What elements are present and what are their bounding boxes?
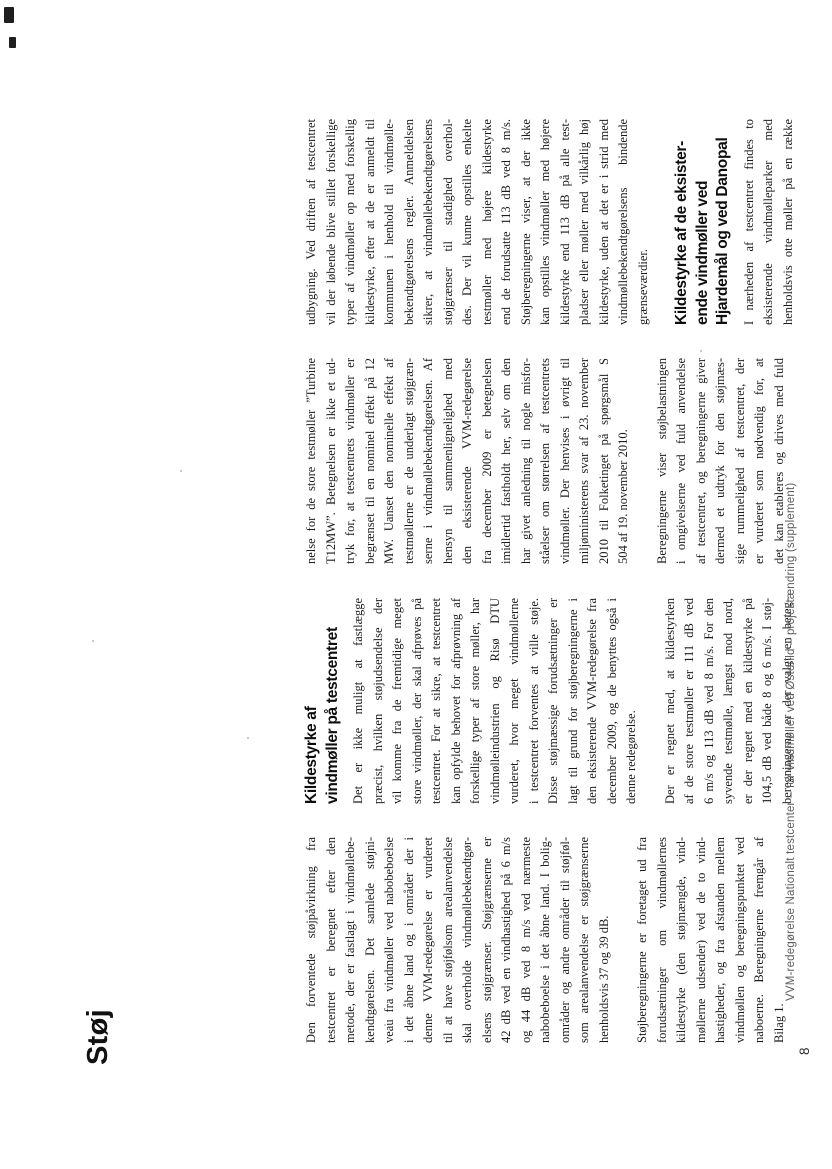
text-line: december 2009, og de benyttes også i xyxy=(603,598,623,804)
text-line: vil komme fra de fremtidige meget xyxy=(388,598,408,804)
text-line: Kildestyrke af xyxy=(302,598,323,804)
text-line: Kildestyrke af de eksister- xyxy=(672,119,693,325)
text-line: udbygning. Ved driften af testcentret xyxy=(302,119,322,325)
text-line: testmøller med højere kildestyrke xyxy=(478,119,498,325)
text-line: Disse støjmæssige forudsætninger er xyxy=(544,598,564,804)
text-line: pladser eller møller med vilkårlig høj xyxy=(575,119,595,325)
text-line: begrænset til en nominel effekt på 12 xyxy=(361,358,381,564)
text-line: sige rummelighed af testcentret, der xyxy=(731,358,751,564)
text-column-1: Den forventede støjpåvirkning fratestcen… xyxy=(302,837,808,1043)
text-line: nabobeboelse i det åbne land. I bolig- xyxy=(536,837,556,1043)
scan-speck xyxy=(92,640,94,642)
text-line: lagt til grund for støjberegningerne i xyxy=(564,598,584,804)
text-line: Der er regnet med, at kildestyrken xyxy=(661,598,681,804)
text-line: testcentret. For at sikre, at testcentre… xyxy=(427,598,447,804)
scan-registration-mark xyxy=(9,37,16,48)
scan-speck xyxy=(247,737,249,739)
text-line: T12MW”. Betegnelsen er ikke et ud- xyxy=(322,358,342,564)
text-line: i omgivelserne ved fuld anvendelse xyxy=(672,358,692,564)
text-line: henholdsvis 37 og 39 dB. xyxy=(595,837,615,1043)
text-line: vindmøller. Der henvises i øvrigt til xyxy=(556,358,576,564)
text-line: skal overholde vindmøllebekendtgør- xyxy=(458,837,478,1043)
text-column-2: Kildestyrke afvindmøller på testcentretD… xyxy=(302,598,816,804)
paragraph: Støjberegningerne er foretaget ud frafor… xyxy=(633,837,789,1043)
text-line: serne i vindmøllebekendtgørelsen. Af xyxy=(419,358,439,564)
text-line: 504 af 19. november 2010. xyxy=(614,358,634,564)
text-line: eksisterende vindmølleparker med xyxy=(759,119,779,325)
text-line: den eksisterende VVM-redegørelse fra xyxy=(583,598,603,804)
text-line: den eksisterende VVM-redegørelse xyxy=(458,358,478,564)
text-line: testmøllerne er de underlagt støjgræn- xyxy=(400,358,420,564)
text-column-3: nelse for de store testmøller ”TurbineT1… xyxy=(302,358,808,564)
text-line: vurderet, hvor meget vindmøllerne xyxy=(505,598,525,804)
text-line: Det er ikke muligt at fastlægge xyxy=(349,598,369,804)
text-line: metode, der er fastlagt i vindmøllebe- xyxy=(341,837,361,1043)
text-line: kommunen i henhold til vindmølle- xyxy=(380,119,400,325)
text-line: kildestyrke, efter at de er anmeldt til xyxy=(361,119,381,325)
text-line: typer af vindmøller op med forskellig xyxy=(341,119,361,325)
text-line: og 44 dB ved 8 m/s ved nærmeste xyxy=(517,837,537,1043)
text-line: kildestyrke end 113 dB på alle test- xyxy=(556,119,576,325)
text-line: præcist, hvilken støjudsendelse der xyxy=(369,598,389,804)
text-line: vil der løbende blive stillet forskellig… xyxy=(322,119,342,325)
text-line: 6 m/s og 113 dB ved 8 m/s. For den xyxy=(700,598,720,804)
paragraph: I nærheden af testcentret findes toeksis… xyxy=(740,119,799,325)
text-line: bekendtgørelsens regler. Anmeldelsen xyxy=(400,119,420,325)
text-line: vindmøller på testcentret xyxy=(323,598,344,804)
text-line: er vurderet som nødvendig for, at xyxy=(750,358,770,564)
paragraph: udbygning. Ved driften af testcentretvil… xyxy=(302,119,653,325)
paragraph: Beregningerne viser støjbelastningeni om… xyxy=(653,358,790,564)
text-line: vindmøllen og beregningspunktet ved xyxy=(731,837,751,1043)
text-line: i det åbne land og i områder der i xyxy=(400,837,420,1043)
text-line: grænseværdier. xyxy=(634,119,654,325)
text-line: sikrer, at vindmøllebekendtgørelsens xyxy=(419,119,439,325)
text-line: 2010 til Folketinget på spørgsmål S xyxy=(595,358,615,564)
text-line: veau fra vindmøller ved nabobeboelse xyxy=(380,837,400,1043)
text-line: af testcentret, og beregningerne giver xyxy=(692,358,712,564)
page-title: Støj xyxy=(82,1009,115,1065)
text-line: kildestyrke, uden at det er i strid med xyxy=(595,119,615,325)
text-line: Beregningerne viser støjbelastningen xyxy=(653,358,673,564)
text-line: i testcentret forventes at ville støje. xyxy=(525,598,545,804)
paragraph: nelse for de store testmøller ”TurbineT1… xyxy=(302,358,634,564)
text-column-4: udbygning. Ved driften af testcentretvil… xyxy=(302,119,817,325)
text-line: testcentret er beregnet efter den xyxy=(322,837,342,1043)
text-line: forudsætninger om vindmøllernes xyxy=(653,837,673,1043)
text-line: henholdsvis otte møller på en række xyxy=(779,119,799,325)
text-line: naboerne. Beregningerne fremgår af xyxy=(750,837,770,1043)
scan-speck xyxy=(384,1024,386,1026)
text-line: forskellige typer af store møller, har xyxy=(466,598,486,804)
text-line: denne VVM-redegørelse er vurderet xyxy=(419,837,439,1043)
scanned-page: Støj Den forventede støjpåvirkning frate… xyxy=(0,0,832,1169)
text-line: kan opfylde behovet for afprøvning af xyxy=(447,598,467,804)
section-heading: Kildestyrke af de eksister-ende vindmøll… xyxy=(672,119,734,325)
text-line: MW. Uanset den nominelle effekt af xyxy=(380,358,400,564)
text-line: møllerne udsender) ved de to vind- xyxy=(692,837,712,1043)
text-line: I nærheden af testcentret findes to xyxy=(740,119,760,325)
scan-speck xyxy=(700,350,702,352)
text-line: fra december 2009 er betegnelsen xyxy=(478,358,498,564)
text-line: tryk for, at testcentrets vindmøller er xyxy=(341,358,361,564)
text-line: nelse for de store testmøller ”Turbine xyxy=(302,358,322,564)
footer-text: VVM-redegørelse Nationalt testcenter – f… xyxy=(785,483,797,1001)
text-line: kildestyrke (den støjmængde, vind- xyxy=(672,837,692,1043)
text-line: end de forudsatte 113 dB ved 8 m/s. xyxy=(497,119,517,325)
text-line: ståelser om størrelsen af testcentrets xyxy=(536,358,556,564)
text-line: 42 dB ved en vindhastighed på 6 m/s xyxy=(497,837,517,1043)
text-line: miljøministerens svar af 23. november xyxy=(575,358,595,564)
text-line: des. Der vil kunne opstilles enkelte xyxy=(458,119,478,325)
text-line: 104,5 dB ved både 8 og 6 m/s. I støj- xyxy=(758,598,778,804)
text-line: Støjberegningerne er foretaget ud fra xyxy=(633,837,653,1043)
text-line: områder og andre områder til støjføl- xyxy=(556,837,576,1043)
text-line: vindmølleindustrien og Risø DTU xyxy=(486,598,506,804)
text-line: Den forventede støjpåvirkning fra xyxy=(302,837,322,1043)
text-line: ende vindmøller ved xyxy=(693,119,714,325)
text-line: som arealanvendelse er støjgrænserne xyxy=(575,837,595,1043)
text-line: store vindmøller, der skal afprøves på xyxy=(408,598,428,804)
section-heading: Kildestyrke afvindmøller på testcentret xyxy=(302,598,343,804)
text-line: vindmøllebekendtgørelsens bindende xyxy=(614,119,634,325)
document-page: Støj Den forventede støjpåvirkning frate… xyxy=(0,0,832,1169)
text-line: kendtgørelsen. Det samlede støjni- xyxy=(361,837,381,1043)
paragraph: Det er ikke muligt at fastlæggepræcist, … xyxy=(349,598,642,804)
text-line: er der regnet med en kildestyrke på xyxy=(739,598,759,804)
text-line: syvende testmølle, længst mod nord, xyxy=(719,598,739,804)
paragraph: Der er regnet med, at kildestyrkenaf de … xyxy=(661,598,798,804)
text-line: af de store testmøller er 111 dB ved xyxy=(680,598,700,804)
text-line: dermed et udtryk for den støjmæs- xyxy=(711,358,731,564)
scan-speck xyxy=(563,880,565,882)
text-line: har givet anledning til nogle misfor- xyxy=(517,358,537,564)
scan-speck xyxy=(180,470,182,472)
text-line: til at have støjfølsom arealanvendelse xyxy=(439,837,459,1043)
text-line: Støjberegningerne viser, at der ikke xyxy=(517,119,537,325)
text-line: elsens støjgrænser. Støjgrænserne er xyxy=(478,837,498,1043)
text-line: imidlertid fastholdt her, selv om den xyxy=(497,358,517,564)
paragraph: Den forventede støjpåvirkning fratestcen… xyxy=(302,837,614,1043)
text-line: hastigheder, og fra afstanden mellem xyxy=(711,837,731,1043)
page-number: 8 xyxy=(797,1047,812,1055)
text-line: kan opstilles vindmøller med højere xyxy=(536,119,556,325)
text-line: Hjardemål og ved Danopal xyxy=(713,119,734,325)
text-line: denne redegørelse. xyxy=(622,598,642,804)
scan-registration-mark xyxy=(4,7,14,23)
text-line: støjgrænser til stadighed overhol- xyxy=(439,119,459,325)
text-line: hensyn til sammenlignelighed med xyxy=(439,358,459,564)
